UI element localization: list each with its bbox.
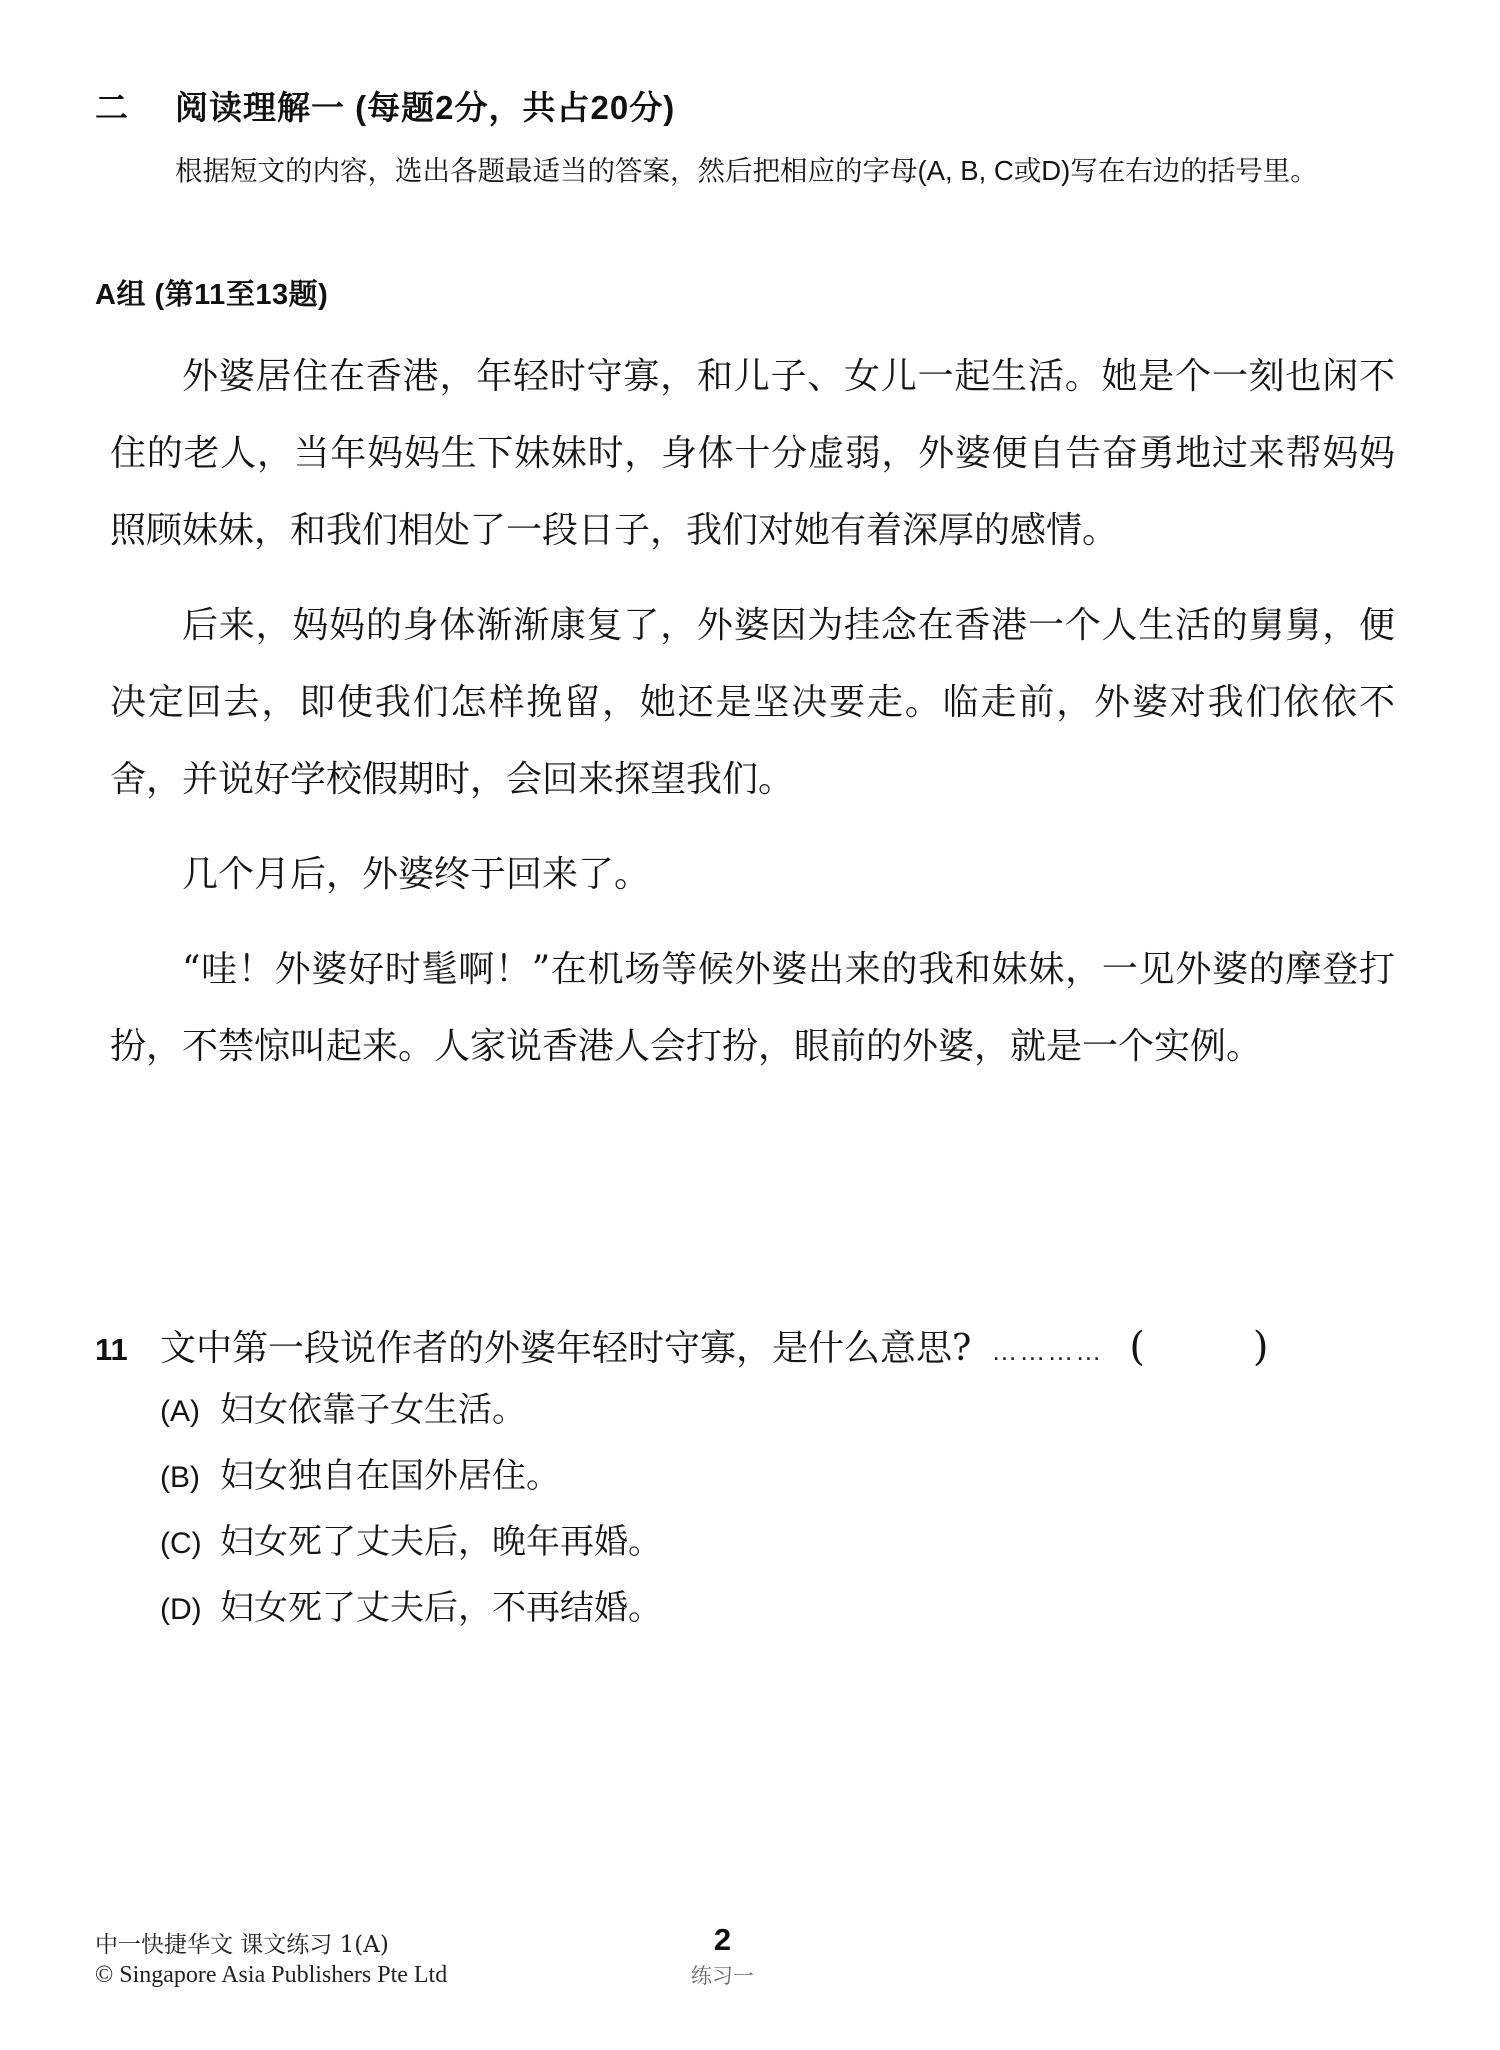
passage-paragraph-3: 几个月后，外婆终于回来了。 [110,836,1395,913]
section-header: 二 阅读理解一 (每题2分，共占20分) [95,82,675,129]
option-d: (D) 妇女死了丈夫后，不再结婚。 [160,1580,662,1646]
page-label: 练习一 [640,1960,805,1990]
section-title: 阅读理解一 (每题2分，共占20分) [175,82,675,129]
footer-left: 中一快捷华文 课文练习 1(A) © Singapore Asia Publis… [95,1926,447,1989]
question-11: 11 文中第一段说作者的外婆年轻时守寡，是什么意思? ………… ( ) [95,1320,1415,1371]
passage-paragraph-2: 后来，妈妈的身体渐渐康复了，外婆因为挂念在香港一个人生活的舅舅，便决定回去，即使… [110,587,1395,818]
option-a-label: (A) [160,1395,220,1429]
option-b-label: (B) [160,1461,220,1495]
passage-paragraph-4: “哇！外婆好时髦啊！”在机场等候外婆出来的我和妹妹，一见外婆的摩登打扮，不禁惊叫… [110,931,1395,1085]
question-11-options: (A) 妇女依靠子女生活。 (B) 妇女独自在国外居住。 (C) 妇女死了丈夫后… [160,1382,662,1646]
answer-bracket-close: ) [1253,1324,1269,1370]
leader-dots: ………… [991,1336,1103,1367]
passage-paragraph-1: 外婆居住在香港，年轻时守寡，和儿子、女儿一起生活。她是个一刻也闲不住的老人，当年… [110,338,1395,569]
question-text: 文中第一段说作者的外婆年轻时守寡，是什么意思? [160,1320,971,1371]
footer-booklet-title: 中一快捷华文 课文练习 1(A) [95,1926,447,1959]
group-heading: A组 (第11至13题) [95,272,328,313]
section-instructions: 根据短文的内容，选出各题最适当的答案，然后把相应的字母(A, B, C或D)写在… [175,147,1415,194]
option-b: (B) 妇女独自在国外居住。 [160,1448,662,1514]
page-number: 2 [640,1922,805,1958]
option-b-text: 妇女独自在国外居住。 [220,1448,560,1497]
option-d-text: 妇女死了丈夫后，不再结婚。 [220,1580,662,1629]
exam-paper-page: 二 阅读理解一 (每题2分，共占20分) 根据短文的内容，选出各题最适当的答案，… [0,0,1500,2050]
question-number: 11 [95,1332,160,1368]
option-c-text: 妇女死了丈夫后，晚年再婚。 [220,1514,662,1563]
option-a: (A) 妇女依靠子女生活。 [160,1382,662,1448]
option-c: (C) 妇女死了丈夫后，晚年再婚。 [160,1514,662,1580]
answer-bracket-open: ( [1129,1324,1145,1370]
option-d-label: (D) [160,1593,220,1627]
reading-passage: 外婆居住在香港，年轻时守寡，和儿子、女儿一起生活。她是个一刻也闲不住的老人，当年… [110,338,1395,1085]
footer-center: 2 练习一 [640,1922,805,1990]
section-number: 二 [95,82,175,129]
footer-copyright: © Singapore Asia Publishers Pte Ltd [95,1962,447,1989]
option-c-label: (C) [160,1527,220,1561]
option-a-text: 妇女依靠子女生活。 [220,1382,526,1431]
